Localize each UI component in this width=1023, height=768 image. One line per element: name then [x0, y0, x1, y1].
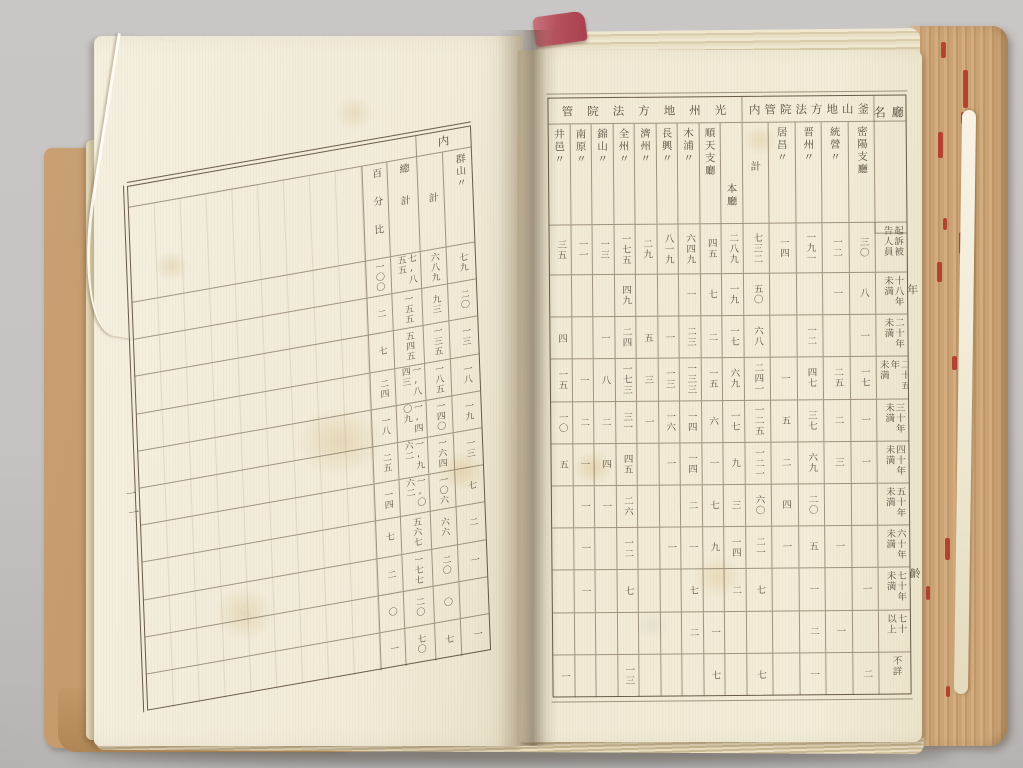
table-cell: 八 — [850, 273, 877, 314]
table-row: 一一二六二七三六〇四二〇五十年 未満 — [552, 483, 909, 528]
table-cell: 四十年 未満 — [878, 441, 909, 482]
table-cell: 一三五 — [424, 322, 451, 363]
table-cell — [826, 568, 853, 609]
table-cell: 三 — [724, 485, 746, 526]
cell-value: 一二一 — [752, 447, 763, 479]
table-cell — [336, 167, 365, 265]
cell-value: 四五 — [621, 454, 632, 475]
table-cell — [134, 335, 161, 376]
right-page-table: 廳名 年 齡 管院法方地州光内管院法方地山釜井邑〃南原〃錦山〃全州〃濟州〃長興〃… — [547, 94, 911, 697]
red-edge-mark — [941, 42, 946, 58]
table-cell: 一 — [637, 401, 659, 442]
cell-value: 一〇〇 — [373, 262, 385, 294]
table-cell: 一五 — [551, 360, 573, 401]
table-cell — [725, 654, 747, 696]
table-cell: 二 — [594, 402, 616, 443]
table-cell — [552, 528, 574, 569]
table-cell — [725, 611, 747, 652]
cell-value: 一 — [600, 501, 611, 512]
red-edge-mark — [938, 132, 943, 158]
cell-value: 一 — [663, 332, 674, 343]
table-cell — [346, 448, 373, 489]
cell-value: 七,八五五 — [395, 253, 417, 293]
cell-value: 六八 — [751, 326, 762, 347]
table-cell — [326, 601, 353, 642]
table-cell: 一 — [679, 274, 701, 315]
row-label: 二十年 未満 — [882, 318, 903, 356]
table-cell: 七十 以上 — [879, 610, 910, 651]
cell-value: 一 — [833, 541, 844, 552]
table-cell — [348, 485, 375, 526]
cell-value: 一 — [664, 459, 675, 470]
table-cell: 一四 — [374, 480, 401, 521]
table-cell — [140, 484, 167, 525]
table-cell: 一二一 — [745, 442, 772, 483]
table-cell: 一 — [461, 614, 492, 656]
table-cell — [322, 489, 349, 530]
cell-value: 二 — [832, 415, 843, 426]
cell-value: 二〇 — [413, 596, 424, 618]
cell-value: 二 — [779, 458, 790, 469]
cell-value: 一八五 — [432, 363, 444, 395]
table-cell — [638, 528, 660, 569]
table-cell: 七 — [435, 619, 462, 661]
table-cell — [703, 569, 725, 610]
table-cell: 二 — [681, 485, 703, 526]
table-cell — [214, 396, 241, 437]
table-cell — [196, 586, 223, 627]
table-cell — [142, 558, 169, 599]
table-cell: 一 — [595, 486, 617, 527]
stain — [334, 96, 374, 131]
table-cell — [313, 266, 340, 307]
table-cell — [181, 194, 210, 292]
table-cell — [240, 391, 267, 432]
table-cell — [242, 429, 269, 470]
table-cell: 二 — [853, 652, 880, 694]
table-cell: 七,八五五 — [391, 252, 422, 293]
table-cell: 三 — [637, 359, 659, 400]
table-cell: 一三 — [618, 654, 640, 696]
table-cell: 四五 — [700, 224, 722, 273]
table-cell: 二 — [377, 554, 404, 595]
cell-value: 一 — [642, 417, 653, 428]
cell-value: 一四 — [382, 490, 393, 512]
cell-value: 二八九 — [727, 233, 738, 265]
table-cell: 六 — [702, 401, 724, 442]
cell-value: 一 — [860, 583, 871, 594]
cell-value: 七 — [754, 669, 765, 680]
cell-value: 一 — [578, 502, 589, 513]
row-label: 四十年 未満 — [883, 444, 904, 482]
table-cell: 二 — [772, 442, 799, 483]
table-cell: 一八 — [371, 406, 398, 447]
cell-value: 一 — [831, 288, 842, 299]
cell-value: 一五 — [706, 369, 717, 390]
table-cell: 五〇 — [743, 274, 770, 315]
table-cell: 八一九 — [657, 224, 679, 273]
table-cell: 一 — [458, 539, 489, 580]
table-cell: 一 — [681, 527, 703, 568]
table-cell: 井邑〃 — [549, 124, 571, 224]
table-cell: 四九 — [614, 275, 636, 316]
table-cell: 三一 — [616, 401, 638, 442]
table-cell: 四 — [772, 484, 799, 525]
table-cell — [167, 517, 194, 558]
row-label: 不詳 — [890, 655, 901, 694]
cell-value: 七 — [465, 480, 476, 492]
red-edge-mark — [943, 218, 947, 230]
table-cell — [198, 661, 225, 703]
table-cell — [352, 596, 379, 637]
table-cell: 一七五 — [614, 225, 636, 274]
table-cell: 一 — [574, 528, 596, 569]
cell-value: 九 — [708, 543, 719, 554]
table-cell — [572, 317, 594, 358]
table-cell: 一七 — [722, 316, 744, 357]
table-cell — [351, 559, 378, 600]
table-row: 三五一一一三一七五二九八一九六四九四五二八九七三二一四一九一一二三〇起訴被 告人… — [550, 222, 907, 275]
cell-value: 七 — [706, 289, 717, 300]
table-cell — [165, 479, 192, 520]
table-cell — [639, 570, 661, 611]
table-cell: 七 — [746, 569, 773, 610]
table-cell: 二三 — [679, 316, 701, 357]
table-cell: 統營〃 — [822, 122, 849, 222]
table-cell: 七 — [682, 570, 704, 611]
table-cell: 一 — [574, 570, 596, 611]
cell-value: 一 — [858, 330, 869, 341]
cell-value: 一三 — [623, 665, 634, 686]
table-cell: 〇 — [434, 582, 461, 623]
table-cell: 七九 — [447, 242, 478, 283]
table-cell — [273, 573, 300, 614]
table-cell: 居昌〃 — [769, 122, 796, 222]
table-cell — [158, 294, 185, 335]
cell-value: 二 — [687, 627, 698, 638]
table-row: 管院法方地州光内管院法方地山釜 — [548, 95, 905, 124]
table-cell: 二八九 — [721, 224, 743, 273]
cell-value: 七 — [754, 584, 765, 595]
red-edge-mark — [946, 686, 950, 697]
cell-value: 八一九 — [662, 233, 673, 265]
cell-value: 二六 — [621, 496, 632, 517]
cell-value: 九三 — [430, 294, 441, 316]
table-cell — [319, 415, 346, 456]
column-header: 計 — [749, 127, 762, 223]
table-cell — [574, 613, 596, 654]
table-cell — [659, 485, 681, 526]
table-cell — [173, 665, 200, 707]
cell-value: 一 — [834, 626, 845, 637]
table-cell: 二十五年 未満 — [877, 357, 908, 398]
red-edge-mark — [963, 70, 968, 108]
cell-value: 七 — [376, 346, 387, 358]
column-header: 錦山〃 — [596, 128, 609, 224]
cell-value: 二 — [730, 585, 741, 596]
column-header: 密陽支廳 — [856, 126, 869, 222]
table-cell: 群山〃 — [443, 147, 476, 246]
table-cell: 一三 — [454, 428, 485, 469]
table-cell: 一,四〇九 — [397, 401, 428, 442]
table-cell — [276, 647, 303, 689]
table-cell — [236, 280, 263, 321]
table-cell — [345, 410, 372, 451]
cell-value: 一五五 — [402, 294, 414, 326]
table-cell — [824, 315, 851, 356]
table-cell: 一四 — [680, 443, 702, 484]
table-cell: 一五 — [701, 358, 723, 399]
table-cell: 木浦〃 — [678, 123, 700, 223]
cell-value: 一七三 — [620, 364, 631, 396]
table-cell: 四五 — [616, 444, 638, 485]
cell-value: 三五 — [555, 239, 566, 260]
table-cell — [341, 299, 368, 340]
table-cell — [852, 484, 879, 525]
table-cell: 六十年 未満 — [879, 526, 910, 567]
cell-value: 一七七 — [412, 554, 424, 586]
red-edge-mark — [945, 538, 950, 560]
table-cell — [132, 298, 159, 339]
table-cell: 二 — [800, 611, 827, 652]
cell-value: 一,八四三 — [399, 364, 421, 404]
table-row: 四九一七一九五〇一八十八年 未満 — [550, 272, 907, 317]
cell-value: 一二五 — [752, 405, 763, 437]
cell-value: 一四 — [729, 537, 740, 558]
table-cell: 七 — [375, 517, 402, 558]
table-cell — [617, 612, 639, 653]
table-cell: 濟州〃 — [635, 124, 657, 224]
cell-value: 一四 — [685, 411, 696, 432]
table-cell: 三五 — [550, 225, 572, 274]
cell-value: 一三 — [663, 369, 674, 390]
cell-value: 六六 — [438, 517, 449, 539]
column-header: 百分比 — [369, 167, 384, 259]
table-cell — [284, 176, 313, 274]
cell-value: 一四 — [685, 453, 696, 474]
table-cell: 九 — [703, 527, 725, 568]
table-cell: 順天支廳 — [699, 123, 721, 223]
table-cell — [211, 322, 238, 363]
table-cell: 五 — [799, 526, 826, 567]
row-label: 五十年 未満 — [883, 486, 904, 524]
table-cell: 二〇 — [432, 545, 459, 586]
cell-value: 一〇六 — [437, 475, 449, 507]
table-cell: 一 — [799, 568, 826, 609]
table-cell: 五十年 未満 — [878, 483, 909, 524]
table-cell: 一 — [825, 526, 852, 567]
table-cell: 二一 — [746, 527, 773, 568]
row-label: 二十五年 未満 — [877, 360, 908, 398]
table-cell: 一四 — [680, 401, 702, 442]
table-cell: 錦山〃 — [592, 124, 614, 224]
table-cell: 七 — [368, 331, 395, 372]
table-cell — [550, 275, 572, 316]
table-cell: 一二 — [617, 528, 639, 569]
table-cell: 七 — [700, 274, 722, 315]
cell-value: 一三 — [464, 438, 475, 460]
table-cell — [636, 275, 658, 316]
cell-value: 一 — [598, 333, 609, 344]
column-header: 全州〃 — [617, 128, 630, 224]
table-cell: 一 — [772, 527, 799, 568]
table-cell: 百分比 — [361, 162, 390, 260]
table-cell: 二 — [701, 316, 723, 357]
table-cell — [138, 447, 165, 488]
cell-value: 六九 — [728, 368, 739, 389]
table-cell — [147, 670, 174, 712]
table-cell — [249, 614, 276, 655]
table-cell: 二〇 — [448, 279, 479, 320]
cell-value: 一一 — [576, 239, 587, 260]
cell-value: 二〇 — [458, 289, 469, 311]
cell-value: 一〇 — [556, 412, 567, 433]
table-cell: 一 — [573, 486, 595, 527]
table-cell — [184, 289, 211, 330]
table-cell: 一 — [852, 568, 879, 609]
table-cell: 四 — [550, 318, 572, 359]
cell-value: 二五 — [380, 452, 391, 474]
cell-value: 五 — [779, 415, 790, 426]
table-cell — [197, 624, 224, 665]
cell-value: 一七 — [728, 411, 739, 432]
table-cell — [637, 443, 659, 484]
table-cell — [247, 577, 274, 618]
cell-value: 二〇 — [440, 554, 451, 576]
table-cell: 七 — [617, 570, 639, 611]
table-cell: 一 — [702, 443, 724, 484]
table-cell — [170, 591, 197, 632]
cell-value: 一九 — [462, 401, 473, 423]
table-cell: 七 — [455, 465, 486, 506]
table-cell: 五 — [771, 400, 798, 441]
table-cell: 全州〃 — [613, 124, 635, 224]
table-cell — [217, 470, 244, 511]
table-cell — [553, 571, 575, 612]
table-cell — [206, 190, 235, 288]
table-cell — [553, 613, 575, 654]
cell-value: 三七 — [805, 410, 816, 431]
table-cell — [328, 638, 355, 680]
table-cell — [224, 656, 251, 698]
table-cell: 一 — [572, 360, 594, 401]
cell-value: 八 — [857, 288, 868, 299]
table-cell: 三七 — [798, 400, 825, 441]
table-cell: 八 — [594, 359, 616, 400]
table-cell: 六八九 — [421, 247, 448, 288]
cell-value: 一三五 — [431, 326, 443, 358]
left-page[interactable]: 一一 内百分比總計計群山〃一〇〇七,八五五六八九七九二一五五九三二〇七五四五一三… — [94, 36, 524, 746]
table-cell — [552, 486, 574, 527]
cell-value: 一二 — [830, 237, 841, 258]
table-cell — [296, 494, 323, 535]
column-header: 長興〃 — [660, 127, 673, 223]
table-cell: 南原〃 — [570, 124, 592, 224]
table-cell — [852, 526, 879, 567]
table-cell — [459, 577, 490, 618]
cell-value: 一 — [808, 669, 819, 680]
cell-value: 五 — [807, 542, 818, 553]
table-cell: 二十年 未満 — [877, 315, 908, 356]
table-cell: 不詳 — [880, 652, 911, 694]
cell-value: 一,九六二 — [402, 439, 424, 479]
table-cell — [244, 503, 271, 544]
cell-value: 二 — [578, 417, 589, 428]
table-cell — [232, 185, 261, 283]
cell-value: 七 — [687, 585, 698, 596]
table-cell: 一 — [826, 610, 853, 651]
cell-value: 一 — [859, 457, 870, 468]
section-header-gwangju: 管院法方地州光 — [548, 97, 742, 124]
cell-value: 七 — [707, 500, 718, 511]
column-header: 南原〃 — [574, 128, 587, 224]
table-cell: 一四〇 — [426, 396, 453, 437]
age-axis-char-age: 齡 — [909, 565, 920, 581]
cell-value: 一 — [686, 543, 697, 554]
table-cell: 一,〇六二 — [399, 475, 430, 516]
cell-value: 二四 — [620, 327, 631, 348]
cell-value: 一四〇 — [434, 401, 446, 433]
table-row: 一五一八一七三三一三一三三一五六九二四一一四七二五一七二十五年 未満 — [551, 357, 908, 402]
cell-value: 七 — [709, 670, 720, 681]
table-cell — [770, 273, 797, 314]
table-cell — [145, 633, 172, 674]
table-cell: 一六四 — [428, 433, 455, 474]
table-cell: 一三 — [449, 316, 480, 357]
cell-value: 六八九 — [428, 252, 440, 284]
table-cell: 三 — [825, 442, 852, 483]
table-cell — [188, 401, 215, 442]
table-cell — [354, 633, 381, 675]
right-page[interactable]: 廳名 年 齡 管院法方地州光内管院法方地山釜井邑〃南原〃錦山〃全州〃濟州〃長興〃… — [518, 50, 922, 742]
corner-header-office-name: 廳名 — [873, 95, 906, 233]
table-row: 一一三七七一二不詳 — [553, 652, 910, 697]
table-row: 一七七二七一一七十年 未満 — [553, 568, 910, 613]
table-cell — [221, 582, 248, 623]
cell-value: 一 — [780, 542, 791, 553]
table-cell — [288, 271, 315, 312]
table-cell: 七 — [702, 485, 724, 526]
table-cell: 六六 — [431, 507, 458, 548]
table-cell — [571, 275, 593, 316]
table-cell — [344, 373, 371, 414]
cell-value: 一 — [558, 671, 569, 682]
table-cell: 〇 — [378, 592, 405, 633]
cell-value: 一 — [471, 629, 482, 641]
table-cell: 一七三 — [615, 359, 637, 400]
column-header: 濟州〃 — [639, 128, 652, 224]
column-header: 群山〃 — [452, 153, 467, 245]
table-cell: 二四一 — [744, 358, 771, 399]
column-header: 總計 — [396, 163, 411, 255]
cell-value: 二 — [385, 569, 396, 581]
cell-value: 三 — [832, 457, 843, 468]
table-cell — [596, 612, 618, 653]
table-cell: 六四九 — [679, 224, 701, 273]
table-cell — [266, 387, 293, 428]
table-cell — [190, 438, 217, 479]
red-edge-mark — [937, 262, 942, 282]
table-cell: 五 — [636, 317, 658, 358]
table-cell — [269, 461, 296, 502]
table-cell: 一四 — [724, 527, 746, 568]
table-cell: 本廳 — [721, 123, 743, 223]
cell-value: 二 — [807, 626, 818, 637]
cell-value: 一 — [388, 644, 399, 656]
table-cell — [293, 419, 320, 460]
table-cell — [187, 363, 214, 404]
table-cell — [141, 521, 168, 562]
